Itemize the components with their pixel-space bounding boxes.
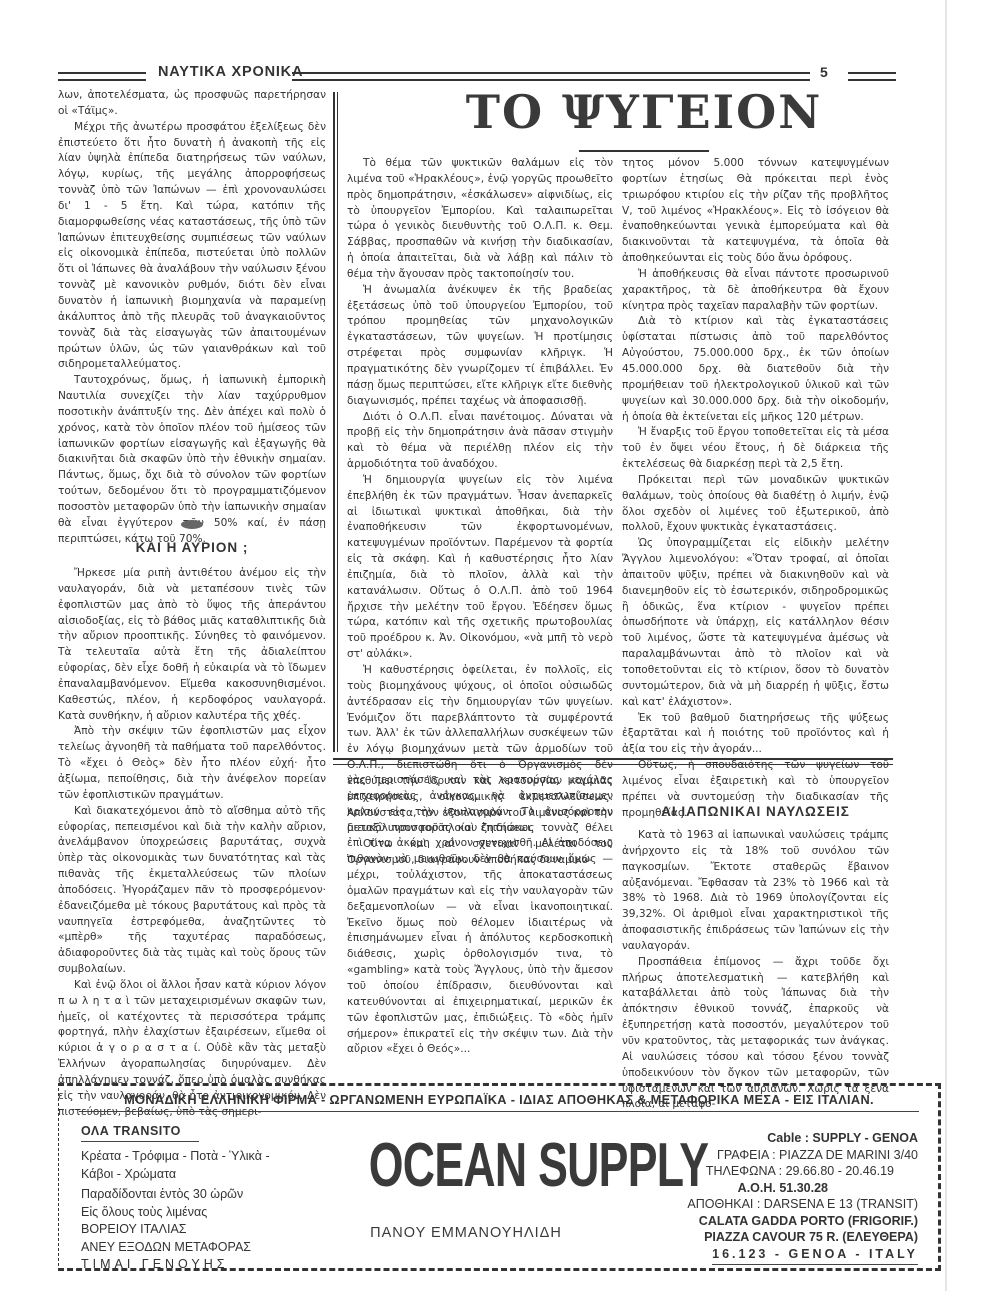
page-number: 5 bbox=[820, 64, 828, 80]
ornament-icon bbox=[181, 520, 203, 529]
section-title-japanese-charters: ΑΙ ΙΑΠΩΝΙΚΑΙ ΝΑΥΛΩΣΕΙΣ bbox=[622, 804, 889, 819]
feature-title-box: ΤΟ ΨΥΓΕΙΟΝ bbox=[345, 84, 935, 152]
ad-warehouse-2: CALATA GADDA PORTO (FRIGORIF.) bbox=[588, 1213, 918, 1230]
feature-right-column: τητος μόνον 5.000 τόννων κατεψυγμένων φο… bbox=[622, 156, 889, 821]
paragraph: Μέχρι τῆς ἀνωτέρω προσφάτου ἐξελίξεως δὲ… bbox=[58, 120, 326, 374]
paragraph: Ἡ ἔναρξις τοῦ ἔργου τοποθετεῖται εἰς τὰ … bbox=[622, 425, 889, 473]
ad-owner: ΠΑΝΟΥ ΕΜΜΑΝΟΥΗΛΙΔΗ bbox=[331, 1225, 601, 1241]
paragraph: Ἤρκεσε μία ριπὴ ἀντιθέτου ἀνέμου εἰς τὴν… bbox=[58, 566, 326, 724]
left-column-section: Ἤρκεσε μία ριπὴ ἀντιθέτου ἀνέμου εἰς τὴν… bbox=[58, 566, 326, 1121]
page-edge bbox=[945, 0, 947, 1291]
header-rule-middle bbox=[292, 72, 810, 81]
ad-delivery: ΒΟΡΕΙΟΥ ΙΤΑΛΙΑΣ bbox=[81, 1221, 331, 1239]
paragraph: τητος μόνον 5.000 τόννων κατεψυγμένων φο… bbox=[622, 156, 889, 267]
section-title-kai-i-avrion: ΚΑΙ Η ΑΥΡΙΟΝ ; bbox=[58, 540, 326, 555]
paragraph: Ἀπὸ τὴν σκέψιν τῶν ἐφοπλιστῶν μας εἶχον … bbox=[58, 724, 326, 803]
ad-left-block: ΟΛΑ TRANSITO Κρέατα - Τρόφιμα - Ποτὰ - Ὑ… bbox=[81, 1124, 331, 1274]
paragraph: Διὰ τὸ κτίριον καὶ τὰς ἐγκαταστάσεις ὑφί… bbox=[622, 314, 889, 425]
ad-delivery: Εἰς ὅλους τοὺς λιμένας bbox=[81, 1204, 331, 1222]
publication-title: ΝΑΥΤΙΚΑ ΧΡΟΝΙΚΑ bbox=[158, 64, 303, 80]
ad-delivery: ΤΙΜΑΙ ΓΕΝΟΥΗΣ bbox=[81, 1256, 331, 1274]
japan-section-column: Κατὰ τὸ 1963 αἱ ἰαπωνικαὶ ναυλώσεις τράμ… bbox=[622, 828, 889, 1113]
feature-bottom-rule bbox=[333, 758, 893, 765]
paragraph: Ὡς ὑπογραμμίζεται εἰς εἰδικὴν μελέτην Ἄγ… bbox=[622, 536, 889, 710]
paragraph: νὰς περιστάσεις καὶ τὰς κρατούσας μεγάλα… bbox=[347, 773, 613, 1058]
paragraph: Διότι ὁ Ο.Λ.Π. εἶναι πανέτοιμος. Δύναται… bbox=[347, 410, 613, 473]
ad-warehouses: ΑΠΟΘΗΚΑΙ : DARSENA E 13 (TRANSIT) bbox=[588, 1196, 918, 1213]
paragraph: Ἡ ἀποθήκευσις θὰ εἶναι πάντοτε προσωρινο… bbox=[622, 267, 889, 315]
paragraph: Πρόκειται περὶ τῶν μοναδικῶν ψυκτικῶν θα… bbox=[622, 473, 889, 536]
ad-contact-block: Cable : SUPPLY - GENOA ΓΡΑΦΕΙΑ : PIAZZA … bbox=[588, 1130, 918, 1265]
title-underline bbox=[579, 150, 709, 152]
paragraph: Ἐκ τοῦ βαθμοῦ διατηρήσεως τῆς ψύξεως ἐξα… bbox=[622, 711, 889, 759]
ad-brand: OCEAN SUPPLY bbox=[369, 1131, 563, 1201]
advertisement: ΜΟΝΑΔΙΚΗ ΕΛΛΗΝΙΚΗ ΦΙΡΜΑ - ΩΡΓΑΝΩΜΕΝΗ ΕΥΡ… bbox=[58, 1083, 941, 1271]
ad-offices: ΓΡΑΦΕΙΑ : PIAZZA DE MARINI 3/40 bbox=[588, 1147, 918, 1164]
feature-border-left bbox=[333, 92, 335, 752]
continuation-column: νὰς περιστάσεις καὶ τὰς κρατούσας μεγάλα… bbox=[347, 773, 613, 1058]
running-header: ΝΑΥΤΙΚΑ ΧΡΟΝΙΚΑ 5 bbox=[58, 64, 938, 86]
ad-brand-block: OCEAN SUPPLY ΠΑΝΟΥ ΕΜΜΑΝΟΥΗΛΙΔΗ bbox=[331, 1131, 601, 1241]
header-rule-left bbox=[58, 72, 146, 81]
ad-products: Κάβοι - Χρώματα bbox=[81, 1166, 331, 1184]
ad-headline: ΜΟΝΑΔΙΚΗ ΕΛΛΗΝΙΚΗ ΦΙΡΜΑ - ΩΡΓΑΝΩΜΕΝΗ ΕΥΡ… bbox=[79, 1092, 919, 1112]
paragraph: Τὸ θέμα τῶν ψυκτικῶν θαλάμων εἰς τὸν λιμ… bbox=[347, 156, 613, 283]
feature-border-left-inner bbox=[337, 92, 338, 752]
ad-products: Κρέατα - Τρόφιμα - Ποτὰ - Ὑλικὰ - bbox=[81, 1148, 331, 1166]
paragraph: Ἡ ἀνωμαλία ἀνέκυψεν ἐκ τῆς βραδείας ἐξετ… bbox=[347, 283, 613, 410]
ad-transit-label: ΟΛΑ TRANSITO bbox=[81, 1124, 199, 1142]
ad-warehouse-3: PIAZZA CAVOUR 75 R. (ΕΛΕΥΘΕΡΑ) bbox=[588, 1229, 918, 1246]
ad-delivery: ΑΝΕΥ ΕΞΟΔΩΝ ΜΕΤΑΦΟΡΑΣ bbox=[81, 1239, 331, 1257]
paragraph: Καὶ διακατεχόμενοι ἀπὸ τὸ αἴσθημα αὐτὸ τ… bbox=[58, 804, 326, 978]
ad-city: 16.123 - GENOA - ITALY bbox=[712, 1246, 918, 1266]
paragraph: λων, ἀποτελέσματα, ὡς προσφυῶς παρετήρησ… bbox=[58, 88, 326, 120]
ad-delivery: Παραδίδονται ἐντὸς 30 ὡρῶν bbox=[81, 1186, 331, 1204]
feature-title: ΤΟ ΨΥΓΕΙΟΝ bbox=[353, 84, 935, 140]
ad-aoh: Α.Ο.Η. 51.30.28 bbox=[588, 1180, 918, 1197]
header-rule-right bbox=[848, 72, 896, 81]
paragraph: Ἡ δημιουργία ψυγείων εἰς τὸν λιμένα ἐπεβ… bbox=[347, 473, 613, 663]
left-column: λων, ἀποτελέσματα, ὡς προσφυῶς παρετήρησ… bbox=[58, 88, 326, 547]
ad-cable: Cable : SUPPLY - GENOA bbox=[588, 1130, 918, 1147]
ad-phones: ΤΗΛΕΦΩΝΑ : 29.66.80 - 20.46.19 bbox=[588, 1163, 918, 1180]
paragraph: Κατὰ τὸ 1963 αἱ ἰαπωνικαὶ ναυλώσεις τράμ… bbox=[622, 828, 889, 955]
